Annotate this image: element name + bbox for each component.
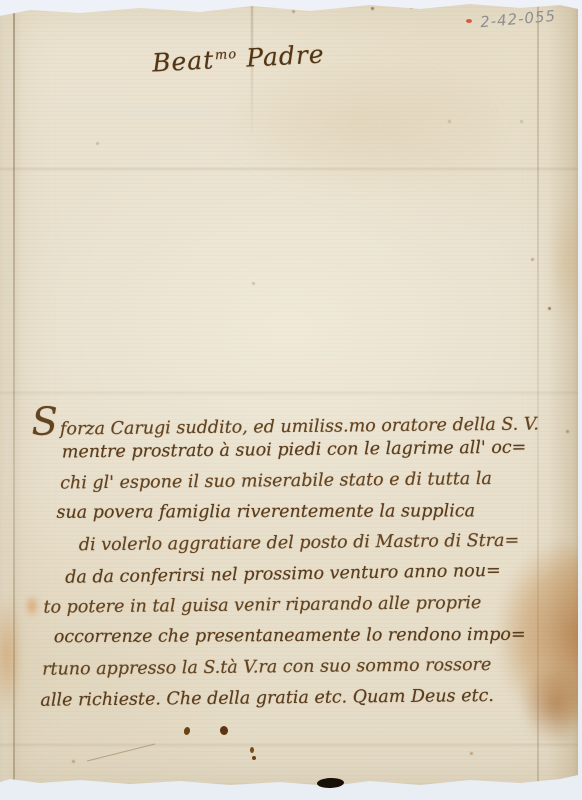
horizontal-fold-crease (0, 168, 578, 170)
ink-blot (219, 725, 228, 735)
manuscript-line: occorrenze che presentaneamente lo rendo… (54, 620, 564, 654)
dark-edge-mark (317, 778, 344, 789)
letter-page: 2-42-055 BeatmoPadre Sforza Carugi suddi… (0, 0, 578, 788)
paper-discoloration (210, 60, 510, 190)
left-fold-crease (13, 0, 15, 788)
salutation-main: Beat (151, 45, 215, 77)
ink-blot (250, 747, 254, 753)
horizontal-fold-crease (0, 392, 578, 394)
petition-body: Sforza Carugi suddito, ed umiliss.mo ora… (31, 401, 564, 717)
paper-stain (548, 190, 582, 330)
manuscript-line: sua povera famiglia riverentemente la su… (56, 496, 562, 529)
manuscript-line: alle richieste. Che della gratia etc. Qu… (40, 680, 564, 716)
horizontal-fold-crease (0, 744, 578, 746)
folded-leaf-edge (0, 0, 13, 788)
ink-blot (252, 756, 256, 760)
paper-stain (0, 595, 22, 715)
ink-blot (183, 726, 191, 735)
foxing-specks (0, 0, 3, 3)
red-dot-mark (466, 19, 472, 23)
manuscript-line: chi gl' espone il suo miserabile stato e… (60, 463, 562, 499)
salutation-rest: Padre (246, 40, 326, 73)
paper-scratch (87, 744, 155, 762)
salutation-superscript: mo (215, 47, 238, 63)
archive-label: 2-42-055 (456, 8, 576, 38)
salutation: BeatmoPadre (151, 40, 325, 78)
archive-number: 2-42-055 (479, 7, 556, 32)
scanned-letter-image: 2-42-055 BeatmoPadre Sforza Carugi suddi… (0, 0, 582, 800)
